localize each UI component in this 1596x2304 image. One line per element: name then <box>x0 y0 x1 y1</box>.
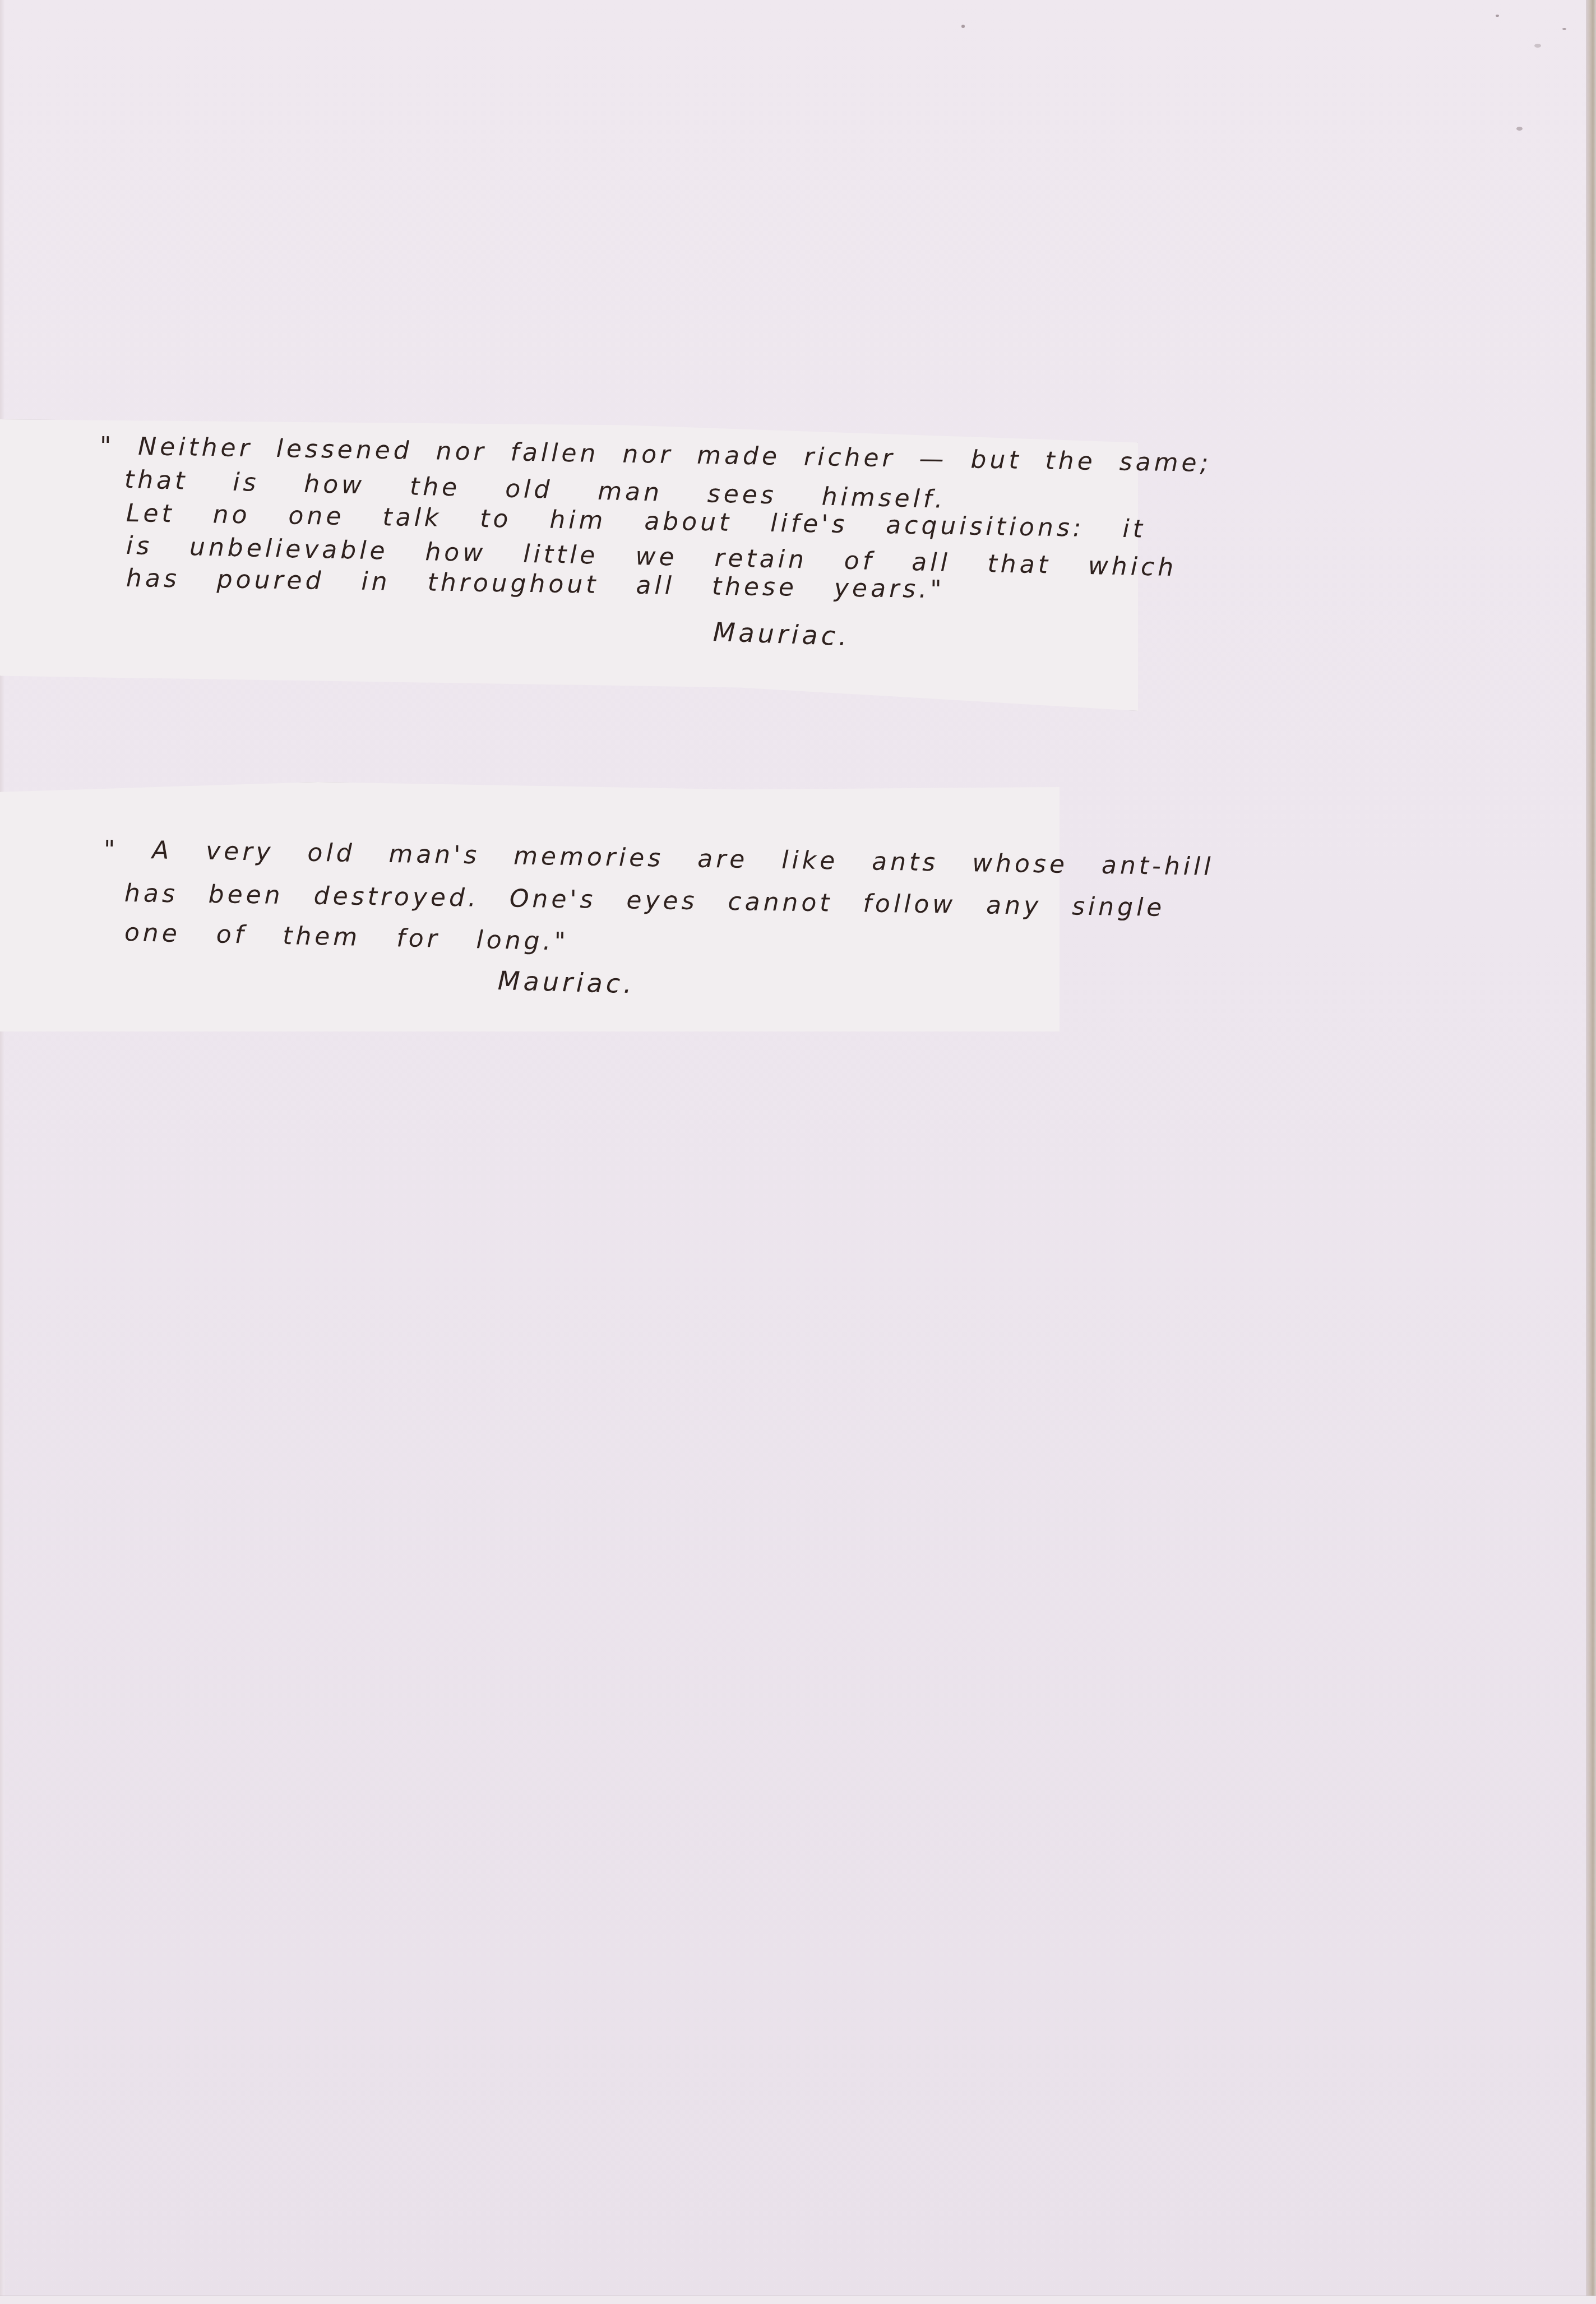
dust-speck <box>1562 28 1566 30</box>
quote-2-attribution: Mauriac. <box>497 965 635 999</box>
page-left-edge <box>0 0 4 2304</box>
dust-speck <box>961 25 965 28</box>
quote-1-attribution: Mauriac. <box>713 617 851 652</box>
dust-speck <box>1496 15 1499 17</box>
dust-speck <box>1534 44 1541 48</box>
page-bottom-edge <box>0 2296 1596 2304</box>
dust-speck <box>1516 127 1523 131</box>
document-page: " Neither lessened nor fallen nor made r… <box>0 0 1596 2304</box>
binding-edge <box>1586 0 1596 2304</box>
